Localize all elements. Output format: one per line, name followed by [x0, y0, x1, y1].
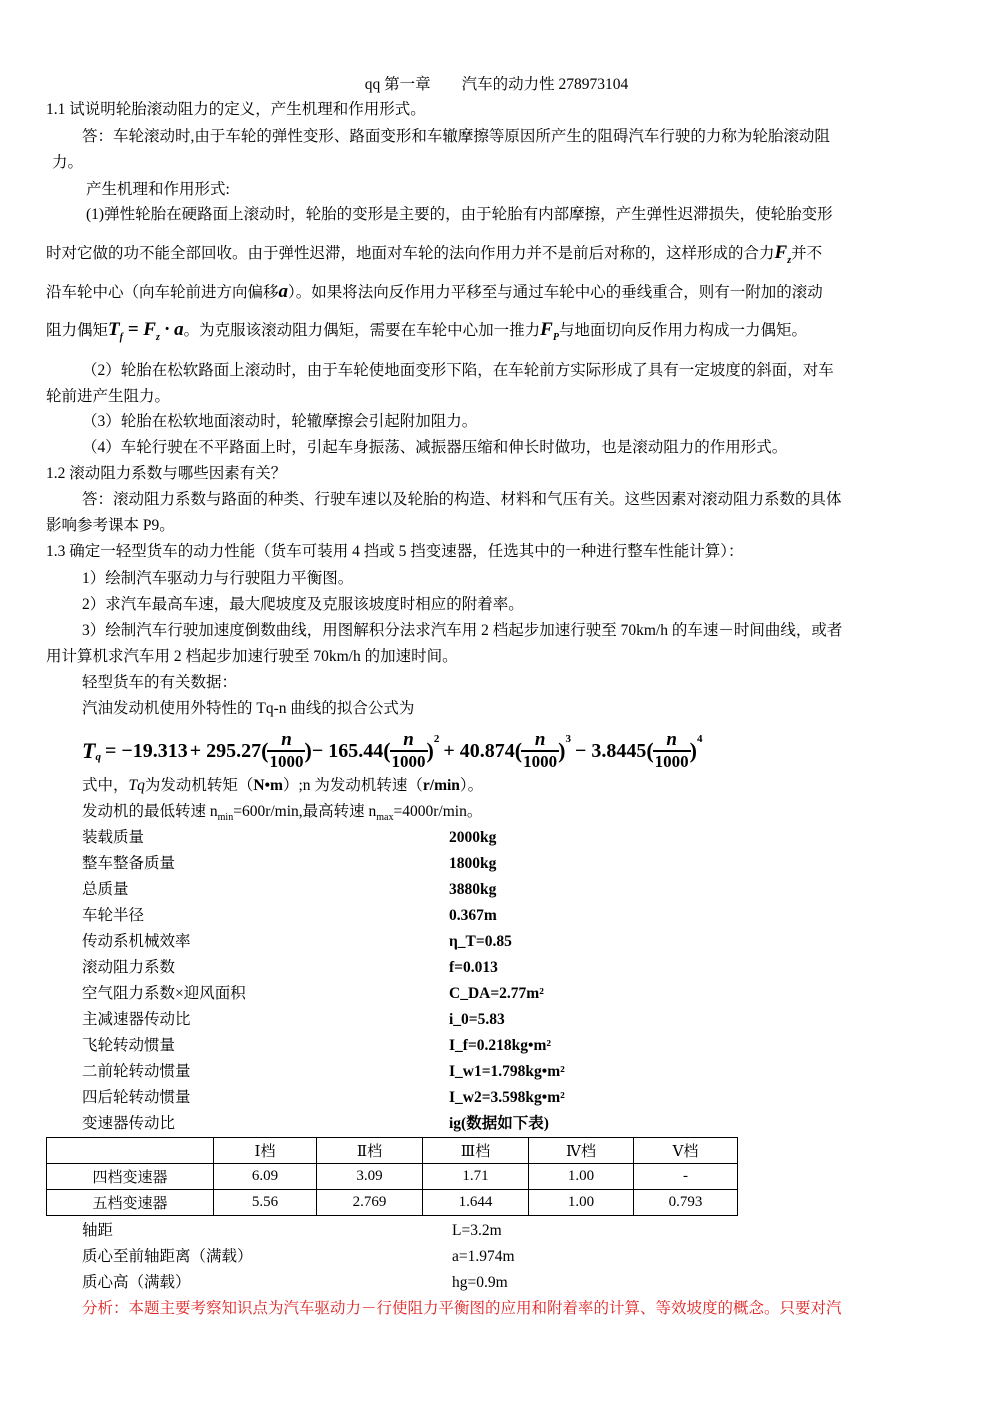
table-header-cell: Ⅱ档 — [317, 1138, 423, 1164]
data-heading: 轻型货车的有关数据： — [82, 673, 237, 693]
param-label: 质心高（满载） — [82, 1273, 191, 1293]
param-label: 飞轮转动惯量 — [82, 1036, 175, 1056]
table-row: 五档变速器 5.56 2.769 1.644 1.00 0.793 — [47, 1190, 738, 1216]
task-3-line2: 用计算机求汽车用 2 档起步加速行驶至 70km/h 的加速时间。 — [46, 647, 458, 667]
param-label: 车轮半径 — [82, 906, 144, 926]
param-value: 1800kg — [449, 854, 496, 874]
table-cell: 1.644 — [423, 1190, 529, 1216]
formula-intro: 汽油发动机使用外特性的 Tq-n 曲线的拟合公式为 — [82, 699, 414, 719]
table-row: 四档变速器 6.09 3.09 1.71 1.00 - — [47, 1164, 738, 1190]
task-3-line1: 3）绘制汽车行驶加速度倒数曲线，用图解积分法求汽车用 2 档起步加速行驶至 70… — [82, 621, 842, 641]
param-value: L=3.2m — [452, 1221, 502, 1241]
question-1-1: 1.1 试说明轮胎滚动阻力的定义，产生机理和作用形式。 — [46, 100, 426, 120]
table-header-cell: Ⅳ档 — [529, 1138, 634, 1164]
table-cell: 五档变速器 — [47, 1190, 214, 1216]
param-value: C_DA=2.77m² — [449, 984, 544, 1004]
text: 。为克服该滚动阻力偶矩，需要在车轮中心加一推力 — [184, 322, 541, 339]
analysis-text: 分析：本题主要考察知识点为汽车驱动力－行使阻力平衡图的应用和附着率的计算、等效坡… — [82, 1299, 842, 1319]
table-cell: 1.71 — [423, 1164, 529, 1190]
param-label: 传动系机械效率 — [82, 932, 191, 952]
param-label: 质心至前轴距离（满载） — [82, 1247, 253, 1267]
answer-1-2-line2: 影响参考课本 P9。 — [46, 516, 175, 536]
table-cell: 1.00 — [529, 1190, 634, 1216]
param-value: η_T=0.85 — [449, 932, 512, 952]
table-header-cell — [47, 1138, 214, 1164]
fraction: n1000 — [269, 730, 303, 772]
table-cell: - — [634, 1164, 738, 1190]
chapter-title: qq 第一章 汽车的动力性 278973104 — [0, 75, 993, 95]
fraction: n1000 — [523, 730, 557, 772]
mechanism-p1-line3: 沿车轮中心（向车轮前进方向偏移a）。如果将法向反作用力平移至与通过车轮中心的垂线… — [46, 282, 823, 303]
param-label: 空气阻力系数×迎风面积 — [82, 984, 246, 1004]
table-cell: 5.56 — [214, 1190, 317, 1216]
table-header-row: Ⅰ档 Ⅱ档 Ⅲ档 Ⅳ档 Ⅴ档 — [47, 1138, 738, 1164]
mechanism-p1-line4: 阻力偶矩Tf = Fz · a。为克服该滚动阻力偶矩，需要在车轮中心加一推力FP… — [46, 320, 807, 348]
param-value: ig(数据如下表) — [449, 1114, 549, 1134]
task-1: 1）绘制汽车驱动力与行驶阻力平衡图。 — [82, 569, 353, 589]
table-cell: 四档变速器 — [47, 1164, 214, 1190]
param-value: 3880kg — [449, 880, 496, 900]
fraction: n1000 — [655, 730, 689, 772]
table-cell: 3.09 — [317, 1164, 423, 1190]
table-header-cell: Ⅴ档 — [634, 1138, 738, 1164]
param-value: f=0.013 — [449, 958, 498, 978]
text: 时对它做的功不能全部回收。由于弹性迟滞，地面对车轮的法向作用力并不是前后对称的，… — [46, 245, 775, 262]
table-header-cell: Ⅲ档 — [423, 1138, 529, 1164]
answer-1-1-line2: 力。 — [52, 153, 83, 173]
engine-speed-range: 发动机的最低转速 nmin=600r/min,最高转速 nmax=4000r/m… — [82, 802, 482, 828]
param-label: 总质量 — [82, 880, 129, 900]
question-1-2: 1.2 滚动阻力系数与哪些因素有关？ — [46, 464, 286, 484]
param-label: 变速器传动比 — [82, 1114, 175, 1134]
param-value: I_w2=3.598kg•m² — [449, 1088, 565, 1108]
param-label: 滚动阻力系数 — [82, 958, 175, 978]
param-value: a=1.974m — [452, 1247, 515, 1267]
param-label: 装载质量 — [82, 828, 144, 848]
answer-1-1-line1: 答：车轮滚动时,由于车轮的弹性变形、路面变形和车辙摩擦等原因所产生的阻碍汽车行驶… — [82, 127, 830, 147]
mechanism-p1-line2: 时对它做的功不能全部回收。由于弹性迟滞，地面对车轮的法向作用力并不是前后对称的，… — [46, 243, 822, 271]
param-label: 二前轮转动惯量 — [82, 1062, 191, 1082]
mechanism-p3: （3）轮胎在松软地面滚动时，轮辙摩擦会引起附加阻力。 — [82, 412, 477, 432]
param-value: I_w1=1.798kg•m² — [449, 1062, 565, 1082]
table-cell: 0.793 — [634, 1190, 738, 1216]
param-label: 轴距 — [82, 1221, 113, 1241]
param-value: 2000kg — [449, 828, 496, 848]
mechanism-p2-line1: （2）轮胎在松软路面上滚动时，由于车轮使地面变形下陷，在车轮前方实际形成了具有一… — [82, 361, 834, 381]
text: 并不 — [791, 245, 822, 262]
param-value: i_0=5.83 — [449, 1010, 505, 1030]
torque-formula: Tq = −19.313 + 295.27 (n1000) − 165.44 (… — [82, 729, 703, 773]
text: 沿车轮中心（向车轮前进方向偏移 — [46, 284, 279, 301]
mechanism-p1-line1: (1)弹性轮胎在硬路面上滚动时，轮胎的变形是主要的，由于轮胎有内部摩擦，产生弹性… — [86, 205, 833, 225]
answer-1-2-line1: 答：滚动阻力系数与路面的种类、行驶车速以及轮胎的构造、材料和气压有关。这些因素对… — [82, 490, 842, 510]
text: 阻力偶矩 — [46, 322, 108, 339]
mechanism-heading: 产生机理和作用形式: — [86, 180, 230, 200]
param-value: hg=0.9m — [452, 1273, 508, 1293]
symbol-a: a — [279, 281, 289, 302]
fraction: n1000 — [392, 730, 426, 772]
symbol-fz: Fz — [775, 242, 792, 263]
gear-ratio-table: Ⅰ档 Ⅱ档 Ⅲ档 Ⅳ档 Ⅴ档 四档变速器 6.09 3.09 1.71 1.00… — [46, 1137, 738, 1216]
table-header-cell: Ⅰ档 — [214, 1138, 317, 1164]
table-cell: 1.00 — [529, 1164, 634, 1190]
table-cell: 6.09 — [214, 1164, 317, 1190]
mechanism-p2-line2: 轮前进产生阻力。 — [46, 387, 170, 407]
mechanism-p4: （4）车轮行驶在不平路面上时，引起车身振荡、减振器压缩和伸长时做功，也是滚动阻力… — [82, 438, 787, 458]
symbol-fp: FP — [540, 319, 559, 340]
text: 与地面切向反作用力构成一力偶矩。 — [559, 322, 807, 339]
param-label: 四后轮转动惯量 — [82, 1088, 191, 1108]
param-value: I_f=0.218kg•m² — [449, 1036, 551, 1056]
table-cell: 2.769 — [317, 1190, 423, 1216]
text: ）。如果将法向反作用力平移至与通过车轮中心的垂线重合，则有一附加的滚动 — [288, 284, 823, 301]
param-value: 0.367m — [449, 906, 497, 926]
formula-note: 式中，Tq为发动机转矩（N•m）;n 为发动机转速（r/min）。 — [82, 776, 483, 796]
param-label: 主减速器传动比 — [82, 1010, 191, 1030]
question-1-3: 1.3 确定一轻型货车的动力性能（货车可装用 4 挡或 5 挡变速器，任选其中的… — [46, 542, 744, 562]
formula-tf: Tf = Fz · a — [108, 319, 184, 340]
param-label: 整车整备质量 — [82, 854, 175, 874]
task-2: 2）求汽车最高车速，最大爬坡度及克服该坡度时相应的附着率。 — [82, 595, 524, 615]
